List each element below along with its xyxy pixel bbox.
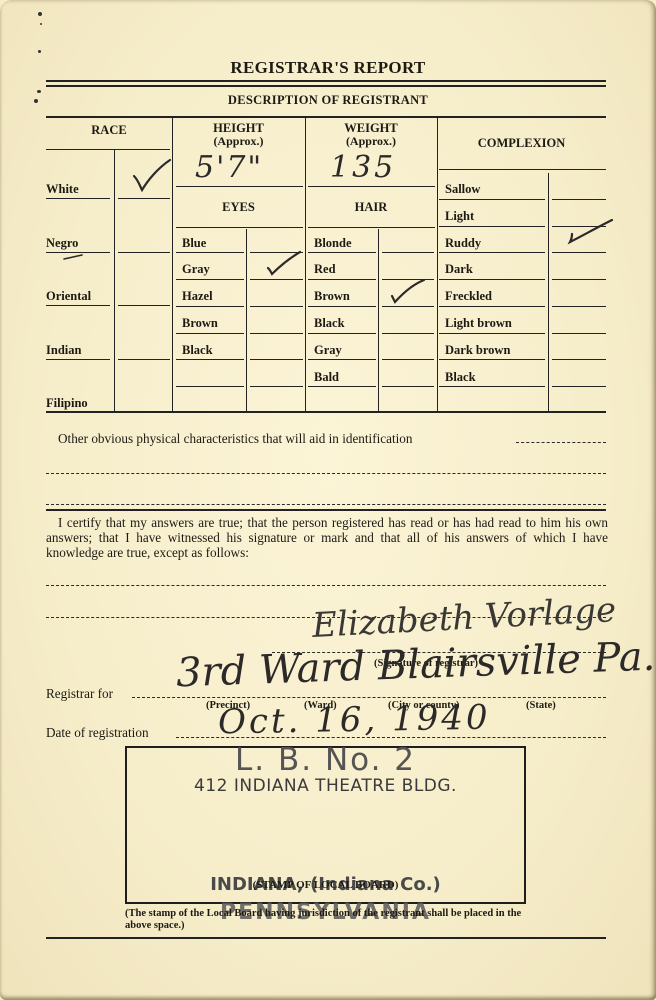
row-line: [552, 199, 606, 200]
complexion-option-ruddy: Ruddy: [445, 236, 481, 251]
row-line: [118, 305, 170, 306]
complexion-header: COMPLEXION: [437, 137, 606, 150]
row-line: [250, 333, 303, 334]
table-top-rule: [46, 116, 606, 118]
row-line: [176, 279, 244, 280]
row-line: [552, 386, 606, 387]
paper-speck: [38, 12, 42, 16]
eyes-header-rule: [176, 227, 303, 228]
row-line: [552, 252, 606, 253]
weight-value[interactable]: 135: [330, 150, 396, 185]
complexion-option-dark: Dark: [445, 262, 473, 277]
registrar-for-label: Registrar for: [46, 686, 113, 701]
eyes-option-hazel: Hazel: [182, 289, 213, 304]
row-line: [439, 199, 545, 200]
other-characteristics-label: Other obvious physical characteristics t…: [58, 431, 413, 446]
row-line: [439, 226, 545, 227]
complexion-option-dark-brown: Dark brown: [445, 343, 510, 358]
complexion-option-light: Light: [445, 209, 474, 224]
height-value-line: [176, 186, 303, 187]
row-line: [552, 279, 606, 280]
hair-header: HAIR: [305, 201, 437, 214]
row-line: [308, 386, 376, 387]
other-characteristics-line-2[interactable]: [46, 473, 606, 474]
row-line: [176, 386, 244, 387]
stray-pen-mark: [62, 252, 86, 262]
section-title: DESCRIPTION OF REGISTRANT: [0, 93, 656, 108]
row-line: [439, 359, 545, 360]
complexion-option-sallow: Sallow: [445, 182, 480, 197]
row-line: [176, 333, 244, 334]
height-header-sub: (Approx.): [172, 135, 305, 148]
row-line: [552, 306, 606, 307]
row-line: [552, 333, 606, 334]
row-line: [46, 305, 110, 306]
row-line: [176, 252, 244, 253]
other-characteristics-line-3[interactable]: [46, 504, 606, 505]
race-white-checkmark[interactable]: [130, 158, 174, 194]
section-rule: [46, 509, 606, 511]
race-option-filipino: Filipino: [46, 396, 88, 411]
eyes-header: EYES: [172, 201, 305, 214]
complexion-check-divider: [548, 173, 549, 412]
row-line: [439, 279, 545, 280]
hair-option-black: Black: [314, 316, 345, 331]
row-line: [118, 359, 170, 360]
row-line: [382, 333, 434, 334]
table-divider: [437, 117, 438, 412]
hair-option-blonde: Blonde: [314, 236, 352, 251]
row-line: [382, 359, 434, 360]
row-line: [46, 198, 110, 199]
certification-text: I certify that my answers are true; that…: [46, 515, 608, 560]
complexion-header-rule: [439, 169, 606, 170]
bottom-rule: [46, 937, 606, 939]
row-line: [439, 333, 545, 334]
complexion-option-black: Black: [445, 370, 476, 385]
stamp-printed-caption: (STAMP OF LOCAL BOARD): [125, 879, 526, 891]
race-check-divider: [114, 150, 115, 412]
eyes-option-black: Black: [182, 343, 213, 358]
row-line: [176, 359, 244, 360]
row-line: [250, 386, 303, 387]
row-line: [250, 306, 303, 307]
complexion-option-light-brown: Light brown: [445, 316, 512, 331]
row-line: [308, 359, 376, 360]
stamp-address: 412 INDIANA THEATRE BLDG.: [125, 776, 526, 796]
registration-card: REGISTRAR'S REPORT DESCRIPTION OF REGIST…: [0, 0, 656, 1000]
row-line: [382, 306, 434, 307]
row-line: [250, 359, 303, 360]
row-line: [439, 306, 545, 307]
table-divider: [305, 117, 306, 412]
hair-option-brown: Brown: [314, 289, 350, 304]
hair-option-bald: Bald: [314, 370, 339, 385]
registrar-for-line[interactable]: [132, 697, 606, 698]
paper-speck: [38, 50, 41, 53]
row-line: [439, 252, 545, 253]
row-line: [439, 386, 545, 387]
row-line: [176, 306, 244, 307]
exceptions-line-1[interactable]: [46, 585, 606, 586]
eyes-option-brown: Brown: [182, 316, 218, 331]
row-line: [118, 198, 170, 199]
weight-header-sub: (Approx.): [305, 135, 437, 148]
complexion-ruddy-checkmark[interactable]: [566, 218, 614, 246]
date-of-registration-label: Date of registration: [46, 725, 149, 740]
title-rule-top: [46, 80, 606, 82]
hair-option-gray: Gray: [314, 343, 342, 358]
race-header-rule: [46, 149, 170, 150]
row-line: [118, 252, 170, 253]
row-line: [308, 333, 376, 334]
eyes-option-gray: Gray: [182, 262, 210, 277]
row-line: [308, 279, 376, 280]
height-value[interactable]: 5'7": [195, 150, 263, 185]
row-line: [308, 252, 376, 253]
date-of-registration-value[interactable]: Oct. 16, 1940: [218, 698, 491, 743]
stamp-instruction: (The stamp of the Local Board having jur…: [125, 908, 527, 932]
hair-option-red: Red: [314, 262, 336, 277]
eyes-check-divider: [246, 229, 247, 412]
row-line: [308, 306, 376, 307]
paper-speck: [40, 23, 42, 25]
complexion-option-freckled: Freckled: [445, 289, 492, 304]
row-line: [552, 359, 606, 360]
race-option-negro: Negro: [46, 236, 78, 251]
race-option-white: White: [46, 182, 79, 197]
table-bottom-rule: [46, 411, 606, 413]
title-rule-bottom: [46, 85, 606, 87]
row-line: [46, 359, 110, 360]
stamp-board-number: L. B. No. 2: [125, 742, 526, 778]
hair-header-rule: [308, 227, 435, 228]
other-characteristics-input[interactable]: [516, 442, 606, 443]
page-title: REGISTRAR'S REPORT: [0, 58, 656, 78]
race-header: RACE: [46, 124, 172, 137]
hair-brown-checkmark[interactable]: [386, 278, 426, 306]
row-line: [382, 386, 434, 387]
registrar-for-value[interactable]: 3rd Ward Blairsville Pa.: [175, 634, 656, 697]
row-line: [382, 252, 434, 253]
hair-check-divider: [378, 229, 379, 412]
state-caption: (State): [526, 700, 556, 711]
race-option-indian: Indian: [46, 343, 81, 358]
row-line: [250, 279, 303, 280]
eyes-option-blue: Blue: [182, 236, 206, 251]
eyes-gray-checkmark[interactable]: [262, 250, 302, 278]
race-option-oriental: Oriental: [46, 289, 91, 304]
weight-value-line: [308, 186, 435, 187]
